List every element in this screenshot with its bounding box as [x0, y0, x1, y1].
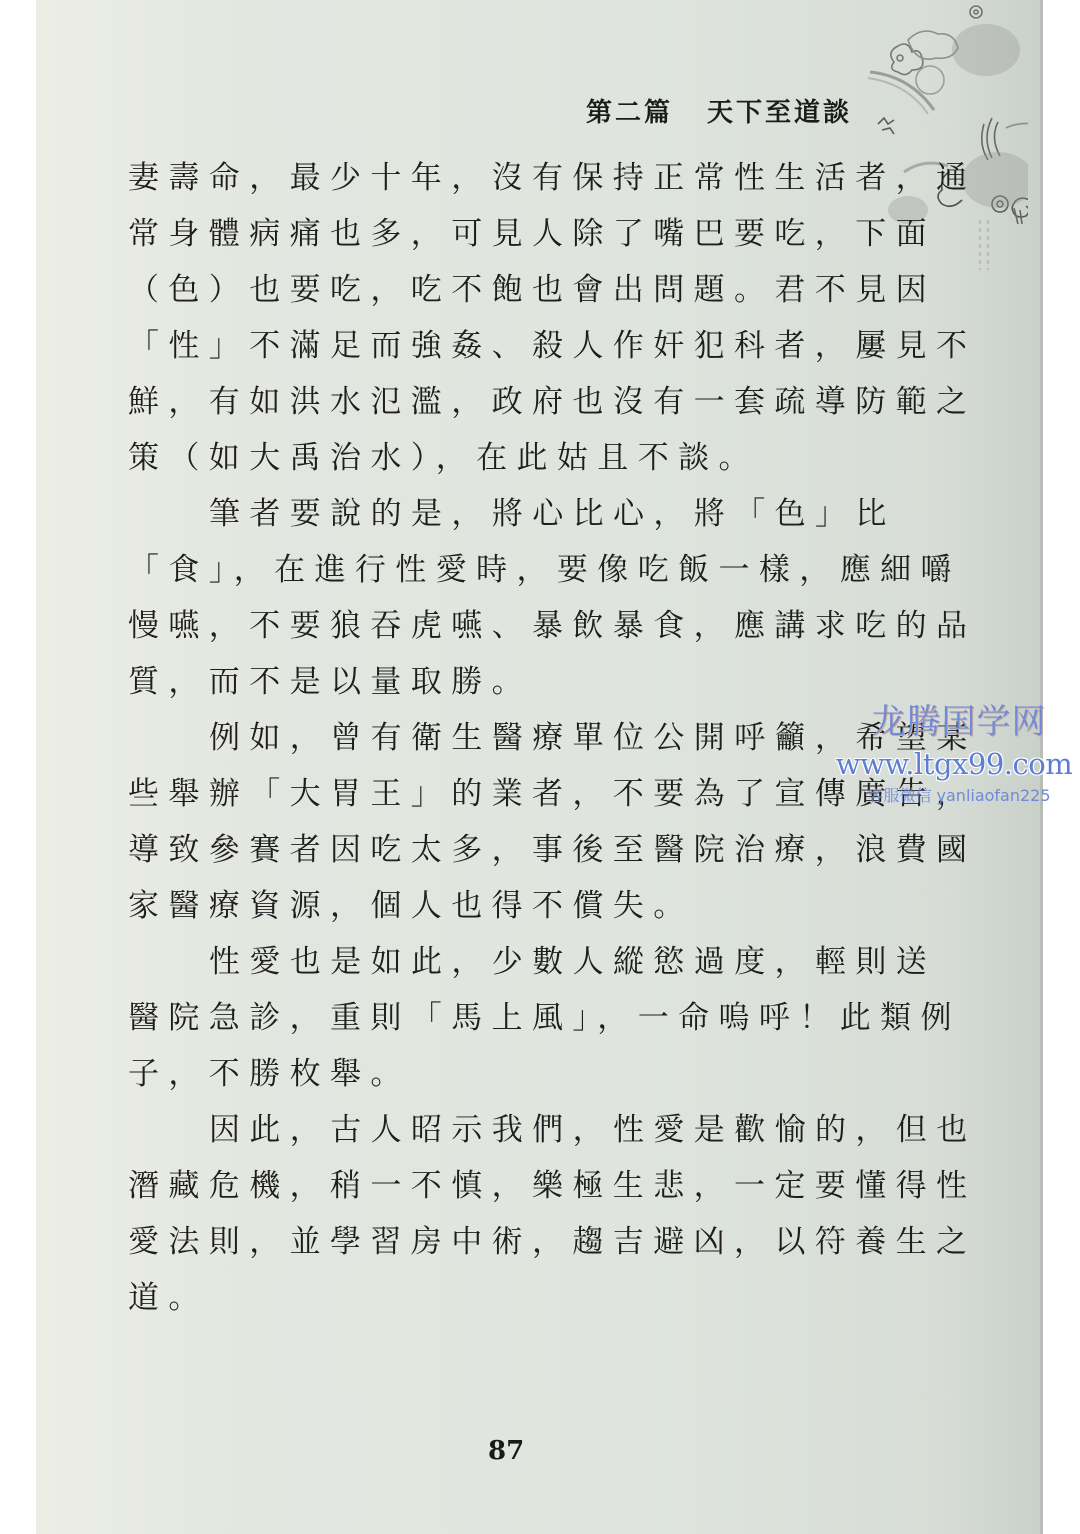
watermark: 龙腾国学网 www.ltgx99.com 客服微信 yanliaofan225 [832, 700, 1080, 808]
body-text: 妻壽命，最少十年，沒有保持正常性生活者，通 常身體病痛也多，可見人除了嘴巴要吃，… [128, 150, 868, 1326]
text-line: 導致參賽者因吃太多，事後至醫院治療，浪費國 [128, 822, 868, 878]
running-head-title: 天下至道談 [707, 98, 852, 128]
text-line: 些舉辦「大胃王」的業者，不要為了宣傳廣告， [128, 766, 868, 822]
running-head: 第二篇天下至道談 [586, 92, 852, 129]
watermark-title: 龙腾国学网 [838, 700, 1080, 744]
text-line: 鮮，有如洪水氾濫，政府也沒有一套疏導防範之 [128, 374, 868, 430]
text-line: 質，而不是以量取勝。 [128, 654, 868, 710]
text-line: 例如，曾有衛生醫療單位公開呼籲，希望某 [128, 710, 868, 766]
text-line: 家醫療資源，個人也得不償失。 [128, 878, 868, 934]
text-line: 性愛也是如此，少數人縱慾過度，輕則送 [128, 934, 868, 990]
text-line: 因此，古人昭示我們，性愛是歡愉的，但也 [128, 1102, 868, 1158]
page-number: 87 [488, 1436, 524, 1466]
text-line: 道。 [128, 1270, 868, 1326]
running-head-part: 第二篇 [586, 98, 673, 128]
watermark-contact: 客服微信 yanliaofan225 [838, 784, 1080, 808]
paragraph-1: 妻壽命，最少十年，沒有保持正常性生活者，通 常身體病痛也多，可見人除了嘴巴要吃，… [128, 150, 868, 486]
text-line: 潛藏危機，稍一不慎，樂極生悲，一定要懂得性 [128, 1158, 868, 1214]
text-line: 「性」不滿足而強姦、殺人作奸犯科者，屢見不 [128, 318, 868, 374]
text-line: 醫院急診，重則「馬上風」，一命嗚呼！此類例 [128, 990, 868, 1046]
text-line: 「食」，在進行性愛時，要像吃飯一樣，應細嚼 [128, 542, 868, 598]
text-line: 慢嚥，不要狼吞虎嚥、暴飲暴食，應講求吃的品 [128, 598, 868, 654]
text-line: 妻壽命，最少十年，沒有保持正常性生活者，通 [128, 150, 868, 206]
text-line: 愛法則，並學習房中術，趨吉避凶，以符養生之 [128, 1214, 868, 1270]
text-line: 常身體病痛也多，可見人除了嘴巴要吃，下面 [128, 206, 868, 262]
text-line: 策（如大禹治水），在此姑且不談。 [128, 430, 868, 486]
paragraph-2: 筆者要說的是，將心比心，將「色」比 「食」，在進行性愛時，要像吃飯一樣，應細嚼 … [128, 486, 868, 710]
text-line: （色）也要吃，吃不飽也會出問題。君不見因 [128, 262, 868, 318]
paragraph-3: 例如，曾有衛生醫療單位公開呼籲，希望某 些舉辦「大胃王」的業者，不要為了宣傳廣告… [128, 710, 868, 934]
paragraph-4: 性愛也是如此，少數人縱慾過度，輕則送 醫院急診，重則「馬上風」，一命嗚呼！此類例… [128, 934, 868, 1102]
text-line: 子，不勝枚舉。 [128, 1046, 868, 1102]
text-line: 筆者要說的是，將心比心，將「色」比 [128, 486, 868, 542]
paragraph-5: 因此，古人昭示我們，性愛是歡愉的，但也 潛藏危機，稍一不慎，樂極生悲，一定要懂得… [128, 1102, 868, 1326]
watermark-url: www.ltgx99.com [828, 744, 1080, 784]
